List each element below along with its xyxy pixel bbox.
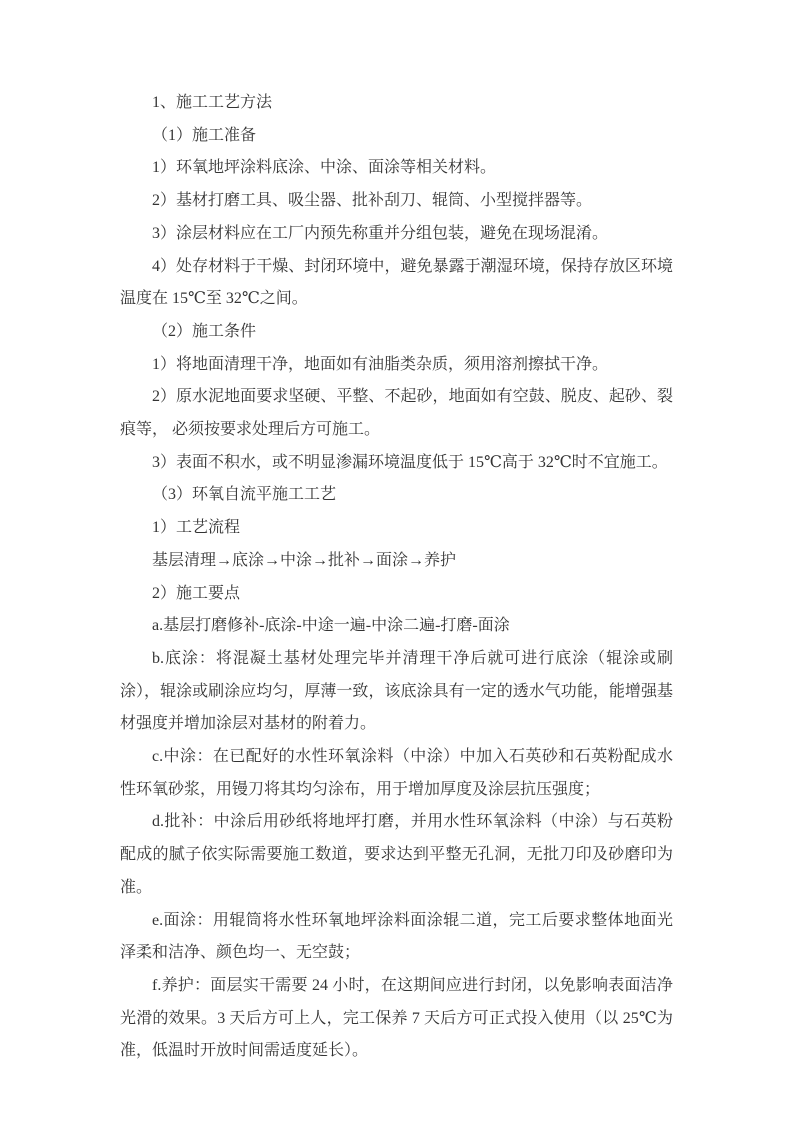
heading-main: 1、施工工艺方法 xyxy=(120,87,673,120)
subheading-process-flow: 1）工艺流程 xyxy=(120,512,673,545)
key-point-f: f.养护：面层实干需要 24 小时，在这期间应进行封闭，以免影响表面洁净光滑的效… xyxy=(120,970,673,1068)
key-point-e: e.面涂：用辊筒将水性环氧地坪涂料面涂辊二道，完工后要求整体地面光泽柔和洁净、颜… xyxy=(120,905,673,970)
key-point-d: d.批补：中涂后用砂纸将地坪打磨，并用水性环氧涂料（中涂）与石英粉配成的腻子依实… xyxy=(120,806,673,904)
condition-item-3: 3）表面不积水，或不明显渗漏环境温度低于 15℃高于 32℃时不宜施工。 xyxy=(120,447,673,480)
document-body: 1、施工工艺方法 （1）施工准备 1）环氧地坪涂料底涂、中涂、面涂等相关材料。 … xyxy=(120,87,673,1068)
process-flow: 基层清理→底涂→中涂→批补→面涂→养护 xyxy=(120,545,673,578)
heading-selfleveling: （3）环氧自流平施工工艺 xyxy=(120,479,673,512)
condition-item-1: 1）将地面清理干净，地面如有油脂类杂质，须用溶剂擦拭干净。 xyxy=(120,349,673,382)
key-point-c: c.中涂：在已配好的水性环氧涂料（中涂）中加入石英砂和石英粉配成水性环氧砂浆，用… xyxy=(120,741,673,806)
key-point-b: b.底涂：将混凝土基材处理完毕并清理干净后就可进行底涂（辊涂或刷涂），辊涂或刷涂… xyxy=(120,643,673,741)
prep-item-3: 3）涂层材料应在工厂内预先称重并分组包装，避免在现场混淆。 xyxy=(120,218,673,251)
prep-item-1: 1）环氧地坪涂料底涂、中涂、面涂等相关材料。 xyxy=(120,152,673,185)
condition-item-2: 2）原水泥地面要求坚硬、平整、不起砂，地面如有空鼓、脱皮、起砂、裂痕等， 必须按… xyxy=(120,381,673,446)
heading-preparation: （1）施工准备 xyxy=(120,120,673,153)
prep-item-2: 2）基材打磨工具、吸尘器、批补刮刀、辊筒、小型搅拌器等。 xyxy=(120,185,673,218)
heading-conditions: （2）施工条件 xyxy=(120,316,673,349)
key-point-a: a.基层打磨修补-底涂-中途一遍-中涂二遍-打磨-面涂 xyxy=(120,610,673,643)
subheading-key-points: 2）施工要点 xyxy=(120,578,673,611)
prep-item-4: 4）处存材料于干燥、封闭环境中，避免暴露于潮湿环境，保持存放区环境温度在 15℃… xyxy=(120,251,673,316)
document-page: 1、施工工艺方法 （1）施工准备 1）环氧地坪涂料底涂、中涂、面涂等相关材料。 … xyxy=(0,0,793,1122)
